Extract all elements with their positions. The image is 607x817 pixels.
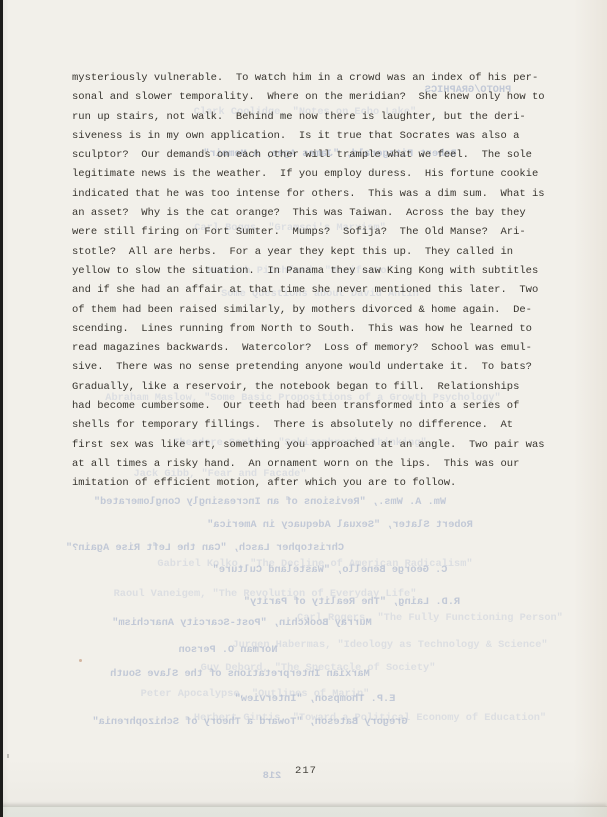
ghost-line: Gregory Bateson, "Toward a Theory of Sch… — [92, 716, 407, 728]
ghost-line: Marxian Interpretations of the Slave Sou… — [110, 668, 370, 680]
body-line: run up stairs, not walk. Behind me now t… — [72, 108, 545, 127]
ghost-line: Norman O. Person — [179, 644, 278, 656]
body-line: mysteriously vulnerable. To watch him in… — [72, 69, 545, 88]
body-line: scending. Lines running from North to So… — [72, 320, 545, 339]
body-line: Gradually, like a reservoir, the noteboo… — [72, 378, 545, 397]
body-line: siveness is in my own application. Is it… — [72, 127, 545, 146]
body-line: of them had been raised similarly, by mo… — [72, 301, 545, 320]
body-line: had become cumbersome. Our teeth had bee… — [72, 397, 545, 416]
body-line: first sex was like art, something you ap… — [72, 436, 545, 455]
page-number: 217 — [295, 765, 317, 777]
body-line: stotle? All are herbs. For a year they k… — [72, 243, 545, 262]
body-line: at all times a risky hand. An ornament w… — [72, 455, 545, 474]
body-line: were still firing on Fort Sumter. Mumps?… — [72, 223, 545, 242]
ghost-line: R.D. Laing, "The Reality of Parity" — [244, 596, 460, 608]
ghost-line: Wm. A. Wms., "Revisions of an Increasing… — [94, 496, 446, 508]
body-line: yellow to slow the situation. In Panama … — [72, 262, 545, 281]
paper-speck — [7, 754, 9, 758]
ghost-line: Christopher Lasch, "Can the Left Rise Ag… — [66, 542, 344, 554]
body-line: sonal and slower temporality. Where on t… — [72, 88, 545, 107]
ghost-line: 218 — [263, 770, 282, 782]
body-line: sive. There was no sense pretending anyo… — [72, 358, 545, 377]
body-line: and if she had an affair at that time sh… — [72, 281, 545, 300]
paper-speck — [79, 659, 82, 662]
body-text: mysteriously vulnerable. To watch him in… — [72, 69, 545, 494]
body-line: read magazines backwards. Watercolor? Lo… — [72, 339, 545, 358]
scanner-background-strip — [0, 806, 607, 817]
ghost-line: E.P. Thompson, "Interview" — [235, 693, 396, 705]
body-line: shells for temporary fillings. There is … — [72, 416, 545, 435]
body-line: an asset? Why is the cat orange? This wa… — [72, 204, 545, 223]
ghost-line: Murray Bookchin, "Post-Scarcity Anarchis… — [112, 617, 372, 629]
ghost-line: Robert Slater, "Sexual Adequacy in Ameri… — [207, 519, 473, 531]
body-line: imitation of efficient motion, after whi… — [72, 474, 545, 493]
ghost-line: Jurgen Habermas, "Ideology as Technology… — [232, 639, 547, 651]
ghost-line: C. George Benello, "Wasteland Culture" — [213, 564, 448, 576]
scan-edge-left — [0, 0, 3, 817]
body-line: indicated that he was too intense for ot… — [72, 185, 545, 204]
body-line: legitimate news is the weather. If you e… — [72, 165, 545, 184]
body-line: sculptor? Our demands on each other will… — [72, 146, 545, 165]
scanned-page: PHOTO/GRAPHICSClark Coolidge, "Notes on … — [0, 0, 607, 817]
